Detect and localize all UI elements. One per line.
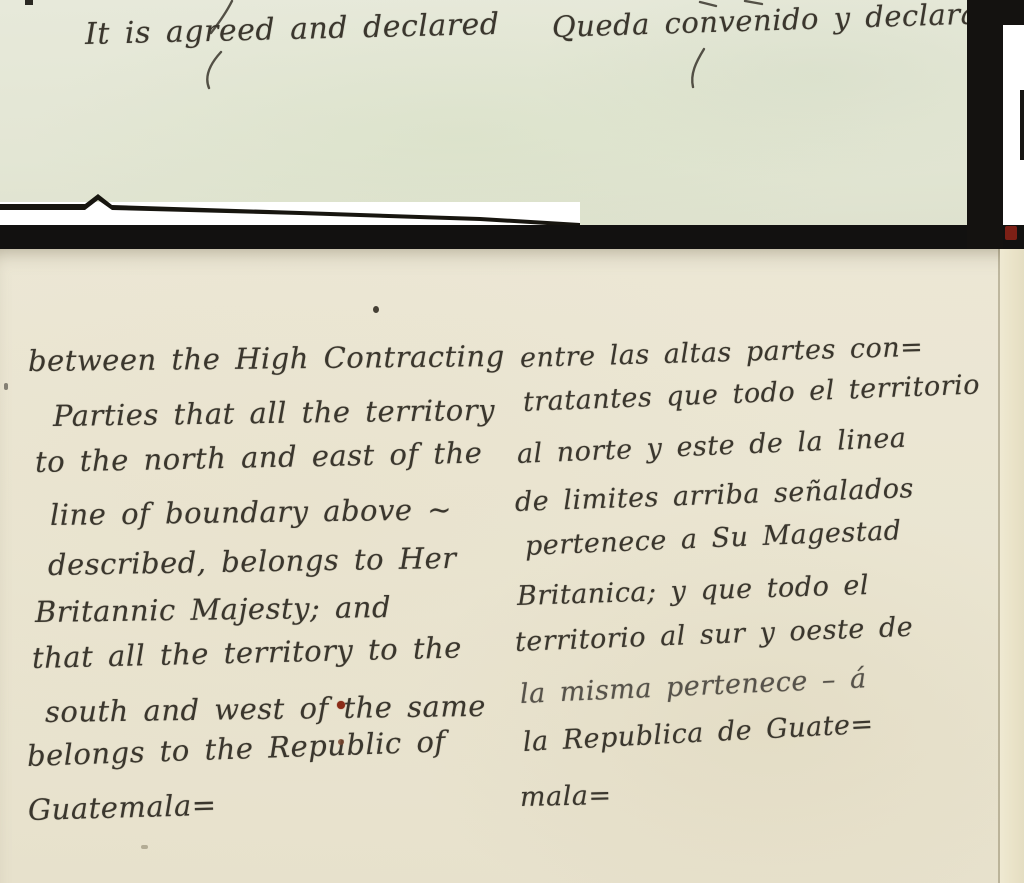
spanish-line: mala= (520, 781, 612, 813)
manuscript-photo: It is agreed and declared Queda convenid… (0, 0, 1024, 883)
upper-page: It is agreed and declared Queda convenid… (0, 0, 1024, 250)
english-line: Parties that all the territory (53, 395, 495, 433)
margin-speck (141, 845, 148, 849)
ink-dot (373, 306, 379, 313)
upper-english-line: It is agreed and declared (85, 8, 500, 51)
english-line: south and west of the same (45, 691, 486, 729)
red-ink-spot (337, 701, 345, 709)
english-line: line of boundary above ~ (50, 494, 452, 532)
upper-spanish-line: Queda convenido y declarado (551, 0, 1015, 44)
page-crease (998, 249, 1000, 883)
red-ink-spot (338, 739, 344, 745)
margin-speck (4, 383, 8, 390)
english-line: between the High Contracting (28, 341, 505, 378)
english-line: Britannic Majesty; and (35, 592, 391, 629)
english-line: Guatemala= (28, 790, 217, 827)
page-edge-strip (1000, 249, 1024, 883)
